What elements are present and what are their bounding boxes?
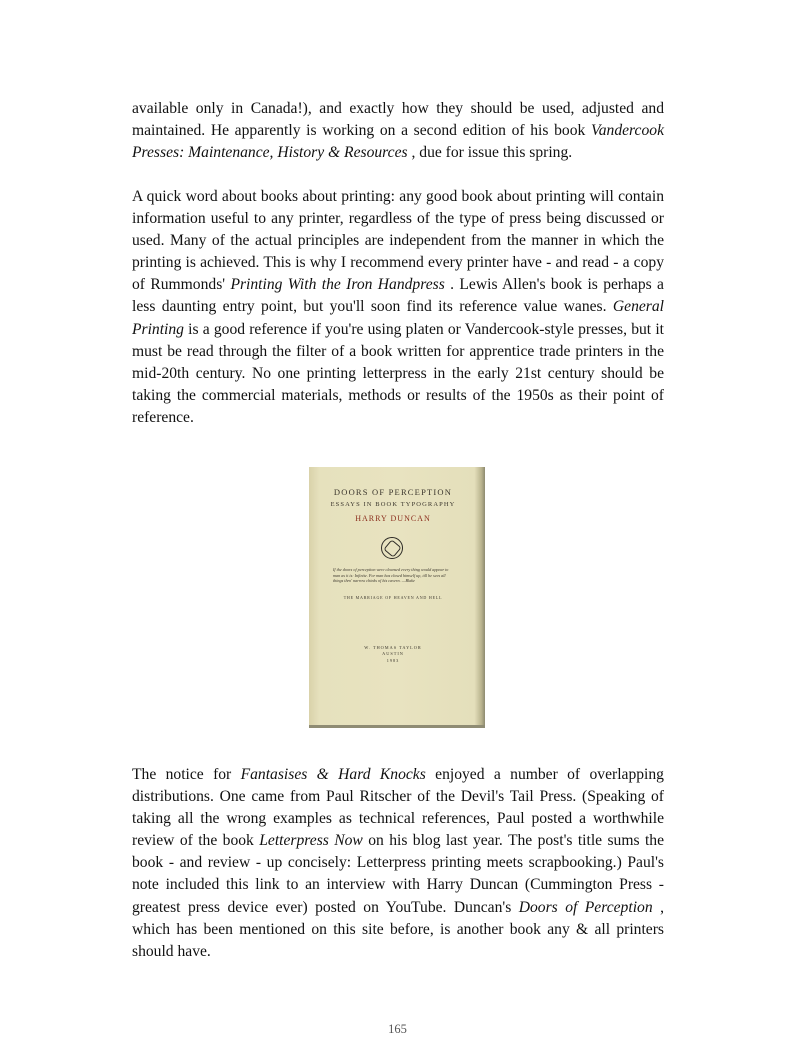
text-run: , due for issue this spring.	[408, 144, 573, 161]
book-cover-image: DOORS OF PERCEPTION ESSAYS IN BOOK TYPOG…	[309, 467, 485, 728]
text-run: available only in Canada!), and exactly …	[132, 100, 664, 139]
epigraph-source: THE MARRIAGE OF HEAVEN AND HELL	[309, 595, 477, 600]
paragraph-books-about-printing: A quick word about books about printing:…	[132, 186, 664, 429]
book-title-italic: Printing With the Iron Handpress	[230, 276, 444, 293]
book-imprint: W. THOMAS TAYLOR AUSTIN 1983	[309, 645, 477, 664]
press-emblem-icon	[381, 537, 403, 559]
book-author: HARRY DUNCAN	[309, 514, 477, 523]
text-run: is a good reference if you're using plat…	[132, 321, 664, 426]
book-subtitle: ESSAYS IN BOOK TYPOGRAPHY	[309, 501, 477, 508]
book-title-italic: Fantasises & Hard Knocks	[241, 766, 426, 783]
text-run: The notice for	[132, 766, 241, 783]
year: 1983	[309, 658, 477, 664]
page-number: 165	[0, 1022, 795, 1037]
book-title-italic: Doors of Perception	[519, 899, 653, 916]
book-epigraph: If the doors of perception were cleansed…	[333, 567, 451, 584]
paragraph-fantasises-notice: The notice for Fantasises & Hard Knocks …	[132, 764, 664, 963]
paragraph-vandercook: available only in Canada!), and exactly …	[132, 98, 664, 164]
book-title-italic: Letterpress Now	[259, 832, 363, 849]
book-title: DOORS OF PERCEPTION	[309, 487, 477, 497]
